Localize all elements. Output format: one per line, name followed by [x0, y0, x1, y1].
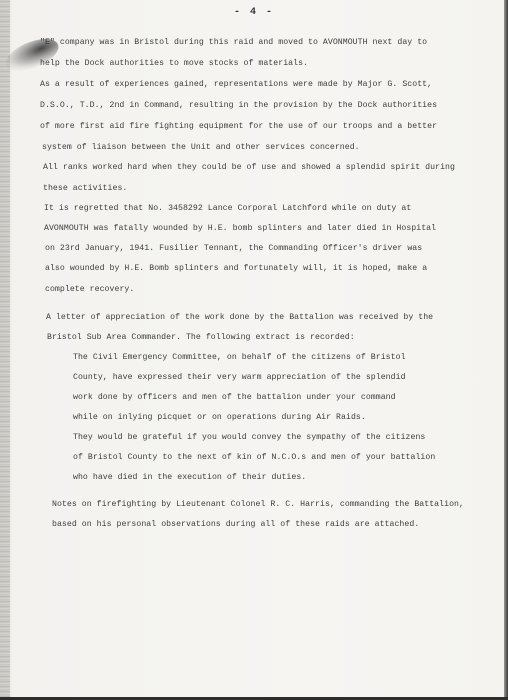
page-right-edge — [504, 0, 508, 700]
text-line: also wounded by H.E. Bomb splinters and … — [45, 264, 427, 273]
text-line: It is regretted that No. 3458292 Lance C… — [44, 204, 411, 213]
binding-shadow — [0, 0, 10, 700]
quote-line: The Civil Emergency Committee, on behalf… — [73, 353, 406, 362]
quote-line: County, have expressed their very warm a… — [73, 373, 406, 382]
text-line: D.S.O., T.D., 2nd in Command, resulting … — [40, 101, 437, 110]
text-line: AVONMOUTH was fatally wounded by H.E. bo… — [44, 224, 436, 233]
text-line: complete recovery. — [45, 285, 134, 294]
text-line: on 23rd January, 1941. Fusilier Tennant,… — [45, 244, 422, 253]
page-number: - 4 - — [0, 7, 508, 18]
scanned-page: - 4 - "E" company was in Bristol during … — [0, 0, 508, 700]
text-line: All ranks worked hard when they could be… — [43, 163, 455, 172]
text-line: Bristol Sub Area Commander. The followin… — [47, 333, 355, 342]
quote-line: who have died in the execution of their … — [73, 473, 306, 482]
quote-line: work done by officers and men of the bat… — [73, 393, 396, 402]
text-line: based on his personal observations durin… — [52, 520, 419, 529]
text-line: Notes on firefighting by Lieutenant Colo… — [52, 500, 464, 509]
text-line: As a result of experiences gained, repre… — [40, 80, 432, 89]
quote-line: of Bristol County to the next of kin of … — [73, 453, 435, 462]
text-line: A letter of appreciation of the work don… — [46, 313, 433, 322]
text-line: system of liaison between the Unit and o… — [42, 143, 360, 152]
quote-line: while on inlying picquet or on operation… — [73, 413, 366, 422]
text-line: these activities. — [43, 184, 127, 193]
text-line: "E" company was in Bristol during this r… — [40, 38, 427, 47]
text-line: of more first aid fire fighting equipmen… — [40, 122, 437, 131]
text-line: help the Dock authorities to move stocks… — [40, 59, 308, 68]
quote-line: They would be grateful if you would conv… — [73, 433, 425, 442]
